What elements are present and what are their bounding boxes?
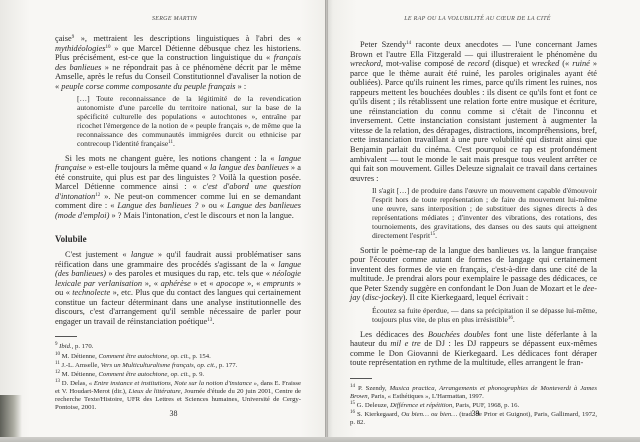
right-page-body: Peter Szendy14 raconte deux anecdotes — …	[350, 40, 597, 428]
block-quote: Il s'agit […] de produire dans l'œuvre u…	[372, 187, 597, 240]
running-head-left: Serge Martin	[0, 16, 327, 22]
paragraph: Peter Szendy14 raconte deux anecdotes — …	[350, 40, 597, 183]
footnote-rule	[350, 378, 372, 379]
running-head-right: Le rap ou la volubilité au cœur de la ci…	[327, 16, 640, 22]
scan-shadow	[0, 395, 22, 442]
paragraph: C'est justement « langue » qu'il faudrai…	[55, 250, 301, 326]
block-quote: Écoutez sa fuite éperdue, — dans sa préc…	[372, 307, 597, 325]
left-page: Serge Martin çaise9 », mettraient les de…	[0, 0, 327, 437]
paragraph: Si les mots ne changent guère, les notio…	[55, 154, 301, 221]
book-gutter	[325, 0, 328, 437]
paragraph: Les dédicaces des Bouchées doubles font …	[350, 330, 597, 368]
block-quote: […] Toute reconnaissance de la légitimit…	[77, 95, 301, 148]
paragraph: Sortir le poème-rap de la langue des ban…	[350, 246, 597, 303]
footnote: 11 J.-L. Amselle, Vers un Multiculturali…	[55, 362, 301, 370]
footnote: 9 Ibid., p. 170.	[55, 343, 301, 351]
left-page-body: çaise9 », mettraient les descriptions li…	[55, 34, 301, 413]
footnote: 10 M. Détienne, Comment être autochtone,…	[55, 353, 301, 361]
footnote: 14 P. Szendy, Musica practica, Arrangeme…	[350, 385, 597, 401]
section-heading: Volubile	[55, 235, 301, 245]
page-edge	[0, 437, 640, 442]
footnotes: 14 P. Szendy, Musica practica, Arrangeme…	[350, 385, 597, 427]
page-number-right: 39	[327, 409, 640, 418]
footnote: 12 M. Détienne, Comment être autochtone,…	[55, 371, 301, 379]
footnotes: 9 Ibid., p. 170. 10 M. Détienne, Comment…	[55, 343, 301, 412]
right-page: Le rap ou la volubilité au cœur de la ci…	[327, 0, 640, 437]
footnote: 13 D. Delas, « Entre instance et institu…	[55, 380, 301, 412]
book-spread: Serge Martin çaise9 », mettraient les de…	[0, 0, 640, 442]
footnote-rule	[55, 336, 77, 337]
paragraph: çaise9 », mettraient les descriptions li…	[55, 34, 301, 91]
page-number-left: 38	[0, 409, 327, 418]
